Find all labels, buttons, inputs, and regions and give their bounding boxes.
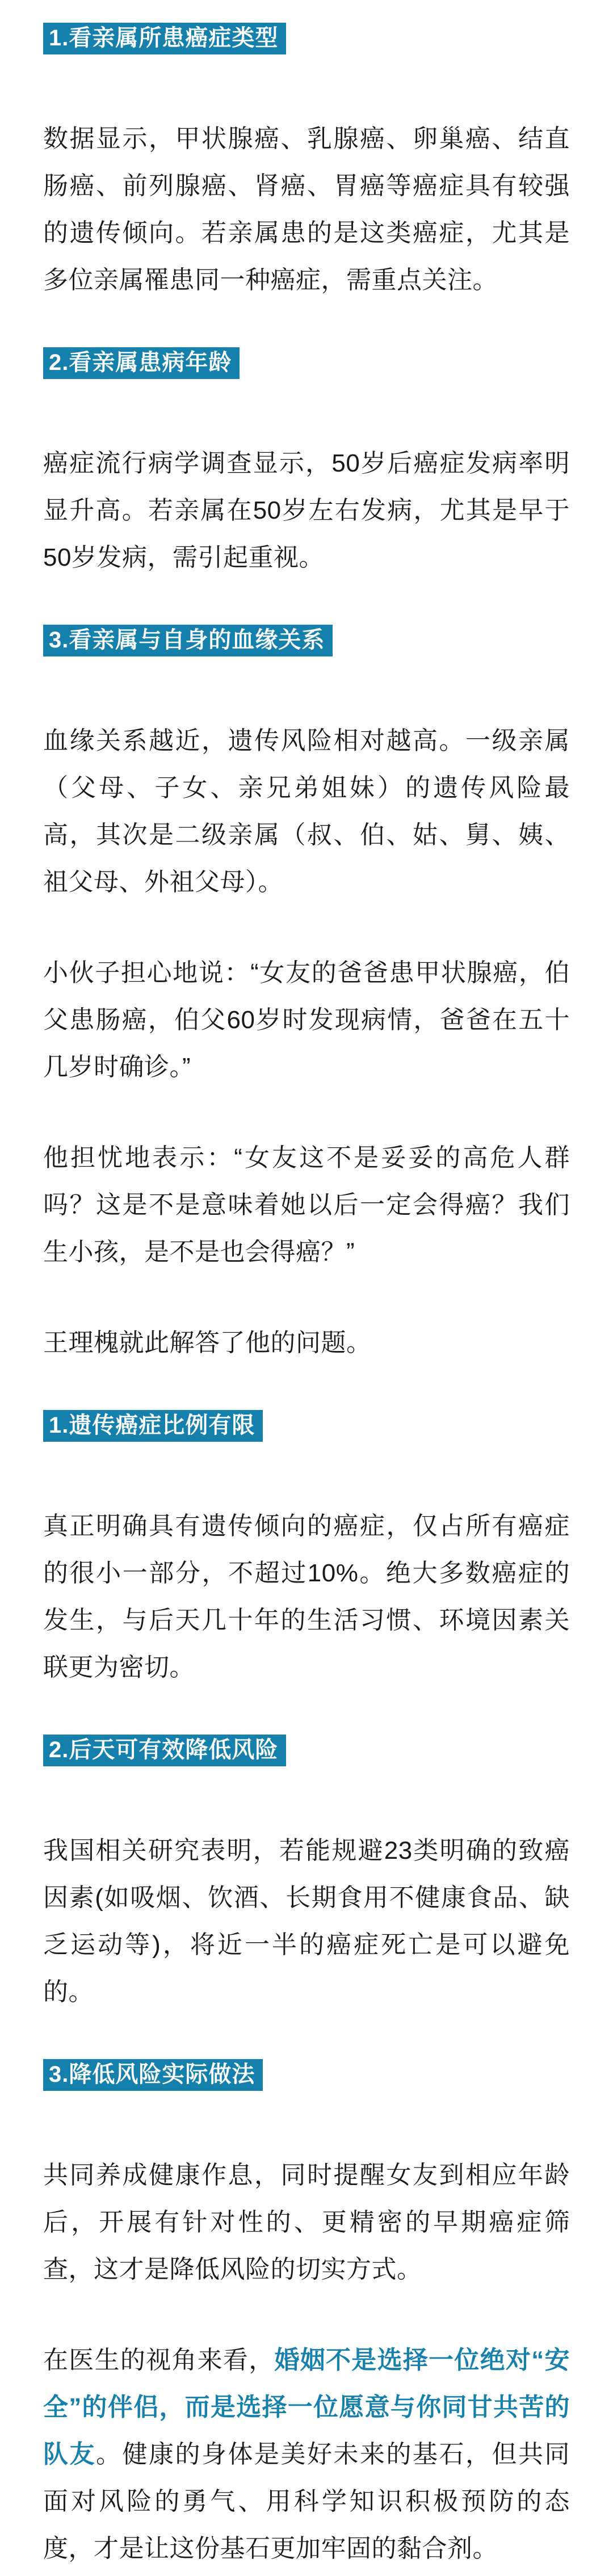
section-badge-row: 1.看亲属所患癌症类型	[43, 23, 570, 54]
badge-onset-age: 2.看亲属患病年龄	[43, 347, 240, 379]
paragraph-onset-age: 癌症流行病学调查显示，50岁后癌症发病率明显升高。若亲属在50岁左右发病，尤其是…	[43, 440, 570, 581]
section-badge-row: 1.遗传癌症比例有限	[43, 1410, 570, 1442]
badge-blood-relation: 3.看亲属与自身的血缘关系	[43, 625, 333, 656]
paragraph-reduce-risk: 我国相关研究表明，若能规避23类明确的致癌因素(如吸烟、饮酒、长期食用不健康食品…	[43, 1827, 570, 2015]
badge-hereditary-ratio: 1.遗传癌症比例有限	[43, 1410, 263, 1442]
paragraph-doctor-answer-intro: 王理槐就此解答了他的问题。	[43, 1319, 570, 1366]
paragraph-closing: 在医生的视角来看，婚姻不是选择一位绝对“安全”的伴侣，而是选择一位愿意与你同甘共…	[43, 2337, 570, 2572]
badge-cancer-type: 1.看亲属所患癌症类型	[43, 23, 286, 54]
section-badge-row: 2.看亲属患病年龄	[43, 347, 570, 379]
section-badge-row: 3.看亲属与自身的血缘关系	[43, 625, 570, 656]
paragraph-hereditary-ratio: 真正明确具有遗传倾向的癌症，仅占所有癌症的很小一部分，不超过10%。绝大多数癌症…	[43, 1502, 570, 1691]
paragraph-practical-steps: 共同养成健康作息，同时提醒女友到相应年龄后，开展有针对性的、更精密的早期癌症筛查…	[43, 2152, 570, 2293]
closing-suffix: 。健康的身体是美好未来的基石，但共同面对风险的勇气、用科学知识积极预防的态度，才…	[43, 2440, 570, 2562]
paragraph-cancer-type: 数据显示，甲状腺癌、乳腺癌、卵巢癌、结直肠癌、前列腺癌、肾癌、胃癌等癌症具有较强…	[43, 115, 570, 304]
paragraph-blood-relation: 血缘关系越近，遗传风险相对越高。一级亲属（父母、子女、亲兄弟姐妹）的遗传风险最高…	[43, 717, 570, 906]
badge-practical-steps: 3.降低风险实际做法	[43, 2059, 263, 2091]
section-badge-row: 2.后天可有效降低风险	[43, 1735, 570, 1766]
section-badge-row: 3.降低风险实际做法	[43, 2059, 570, 2091]
paragraph-boyfriend-worry-2: 他担忧地表示：“女友这不是妥妥的高危人群吗？这是不是意味着她以后一定会得癌？我们…	[43, 1134, 570, 1276]
closing-prefix: 在医生的视角来看，	[43, 2346, 274, 2374]
badge-reduce-risk: 2.后天可有效降低风险	[43, 1735, 286, 1766]
paragraph-boyfriend-worry-1: 小伙子担心地说：“女友的爸爸患甲状腺癌，伯父患肠癌，伯父60岁时发现病情，爸爸在…	[43, 949, 570, 1091]
article-page: 1.看亲属所患癌症类型 数据显示，甲状腺癌、乳腺癌、卵巢癌、结直肠癌、前列腺癌、…	[0, 0, 613, 2576]
